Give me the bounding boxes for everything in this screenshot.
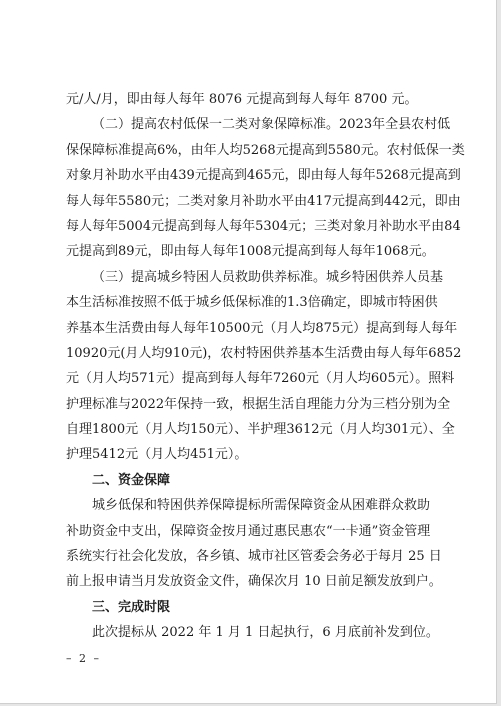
page-number: – 2 – <box>66 652 101 665</box>
text-line: 前上报申请当月发放资金文件，确保次月 10 日前足额发放到户。 <box>66 569 428 594</box>
text-line: 元（月人均571元）提高到每人每年7260元（月人均605元）。照料 <box>66 366 428 391</box>
text-line: 10920元(月人均910元)，农村特困供养基本生活费由每人每年6852 <box>66 341 428 366</box>
text-line: 元/人/月，即由每人每年 8076 元提高到每人每年 8700 元。 <box>66 87 428 112</box>
text-line: 补助资金中支出，保障资金按月通过惠民惠农“一卡通”资金管理 <box>66 519 428 544</box>
text-line: 护理标准与2022年保持一致，根据生活自理能力分为三档分别为全 <box>66 392 428 417</box>
text-line: 每人每年5004元提高到每人每年5304元；三类对象月补助水平由84 <box>66 214 428 239</box>
text-line: 本生活标准按照不低于城乡低保标准的1.3倍确定，即城市特困供 <box>66 290 428 315</box>
text-line: 元提高到89元，即由每人每年1008元提高到每人每年1068元。 <box>66 239 428 264</box>
text-line: 自理1800元（月人均150元）、半护理3612元（月人均301元）、全 <box>66 417 428 442</box>
text-line: 护理5412元（月人均451元）。 <box>66 442 428 467</box>
text-line: 每人每年5580元；二类对象月补助水平由417元提高到442元，即由 <box>66 189 428 214</box>
document-body: 元/人/月，即由每人每年 8076 元提高到每人每年 8700 元。 （二）提高… <box>66 87 428 646</box>
text-line: 对象月补助水平由439元提高到465元，即由每人每年5268元提高到 <box>66 163 428 188</box>
text-line: 此次提标从 2022 年 1 月 1 日起执行，6 月底前补发到位。 <box>66 620 428 645</box>
subsection-heading-2-line: （二）提高农村低保一二类对象保障标准。2023年全县农村低 <box>66 112 428 137</box>
text-line: 保保障标准提高6%，由年人均5268元提高到5580元。农村低保一类 <box>66 138 428 163</box>
text-line: 养基本生活费由每人每年10500元（月人均875元）提高到每人每年 <box>66 316 428 341</box>
subsection-heading-3-line: （三）提高城乡特困人员救助供养标准。城乡特困供养人员基 <box>66 265 428 290</box>
section-heading-funding: 二、资金保障 <box>66 468 428 493</box>
text-line: 城乡低保和特困供养保障提标所需保障资金从困难群众救助 <box>66 493 428 518</box>
document-page: 元/人/月，即由每人每年 8076 元提高到每人每年 8700 元。 （二）提高… <box>0 0 497 704</box>
section-heading-deadline: 三、完成时限 <box>66 595 428 620</box>
text-line: 系统实行社会化发放，各乡镇、城市社区管委会务必于每月 25 日 <box>66 544 428 569</box>
